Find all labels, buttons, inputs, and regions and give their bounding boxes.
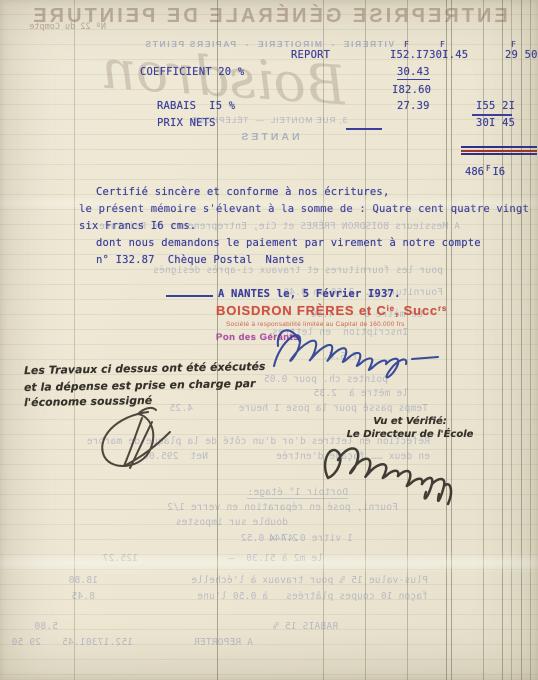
currency-mark: F bbox=[404, 40, 409, 49]
coefficient-value: 30.43 bbox=[397, 66, 430, 80]
certification-line: six Francs I6 cms. bbox=[79, 220, 196, 232]
currency-mark: F bbox=[511, 40, 516, 49]
prix-nets-label: PRIX NETS bbox=[157, 117, 216, 129]
execution-stamp-line: et la dépense est prise en charge par bbox=[24, 377, 256, 394]
bleed-text-line: 2.444 bbox=[268, 533, 298, 544]
bleed-text-line: le m2 à 51.30 — bbox=[228, 553, 323, 564]
verification-stamp-line2: Le Directeur de l'École bbox=[330, 429, 490, 440]
ledger-column-line bbox=[451, 0, 452, 680]
firm-name-stamp: BOISDRON FRÈRES et Cie, Succrs bbox=[216, 303, 447, 318]
place-date-line: A NANTES le, 5 Février I937. bbox=[218, 288, 401, 300]
bleed-address-line: 3, RUE MONTEIL — TÉLÉPHONE bbox=[0, 116, 538, 125]
bleed-text-line: pointes ch. pour 0.05 bbox=[264, 374, 388, 385]
firm-name-sup: ie bbox=[387, 304, 395, 313]
report-label: REPORT bbox=[291, 49, 330, 61]
bleed-city: NANTES bbox=[0, 131, 538, 143]
gerants-stamp: Pon des Gérants bbox=[216, 332, 299, 343]
bleed-text-line: RABAIS 15 % bbox=[273, 621, 338, 632]
scanned-invoice-page: ENTREPRISE GÉNÉRALE DE PEINTURE VITRERIE… bbox=[0, 0, 538, 680]
coefficient-label: COEFFICIENT 20 % bbox=[140, 66, 244, 78]
bleed-text-line: en deux …… façade d'entrée bbox=[276, 451, 430, 462]
paper-crease bbox=[0, 552, 538, 574]
execution-stamp-line: Les Travaux ci dessus ont été éxécutés bbox=[24, 360, 266, 377]
total-double-rule bbox=[461, 146, 537, 155]
bleed-text-line: 4.25 bbox=[169, 403, 193, 414]
bleed-text-line: Dortoir 1° étage: bbox=[247, 487, 348, 499]
bleed-text-line: 29 50 bbox=[11, 637, 41, 648]
econome-signature bbox=[86, 398, 191, 478]
firm-name-main: BOISDRON FRÈRES et C bbox=[216, 303, 387, 318]
directeur-signature bbox=[312, 434, 477, 506]
ledger-column-line bbox=[530, 0, 531, 680]
report-amounts: I52.I730I.45 bbox=[390, 49, 468, 61]
ledger-column-line bbox=[365, 0, 366, 680]
bleed-text-line: double sur impostes bbox=[176, 517, 288, 528]
ledger-column-line bbox=[446, 0, 447, 680]
bleed-text-line: Temps passé pour la pose 1 heure bbox=[239, 403, 428, 414]
verification-stamp-line1: Vu et Vérifié: bbox=[350, 416, 470, 427]
report-amount-right: 29 50 bbox=[505, 49, 538, 61]
grand-total-centimes: I6 bbox=[492, 166, 505, 178]
certification-line: Certifié sincère et conforme à nos écrit… bbox=[96, 186, 389, 198]
rabais-total-underline bbox=[472, 114, 512, 116]
execution-stamp-line: l'économe soussigné bbox=[24, 394, 153, 409]
bleed-text-line: 152.17301.45 bbox=[62, 637, 133, 648]
bleed-text-line: pour les fournitures et travaux ci-après… bbox=[153, 265, 443, 276]
bleed-letterhead-title: ENTREPRISE GÉNÉRALE DE PEINTURE bbox=[0, 5, 538, 28]
bleed-letterhead-subtitle: VITRERIE - MIROITERIE - PAPIERS PEINTS bbox=[0, 39, 538, 49]
bleed-account-number: Nº 22 du Compte bbox=[29, 22, 106, 32]
date-leader-dash bbox=[166, 295, 213, 297]
bleed-text-line: façon 10 coupes plâtrées à 0.50 l'une bbox=[197, 591, 428, 602]
bleed-text-line: T.S.F. bbox=[322, 351, 358, 362]
prix-nets-total: 30I 45 bbox=[476, 117, 515, 129]
grand-total: 486FI6 bbox=[465, 164, 505, 178]
currency-mark: F bbox=[440, 40, 445, 49]
rabais-label: RABAIS I5 % bbox=[157, 100, 235, 112]
certification-line: n° I32.87 Chèque Postal Nantes bbox=[96, 254, 305, 266]
bleed-text-line: 18.80 bbox=[68, 575, 98, 586]
bleed-text-line: 1 vitre 0.47 x 0.52 bbox=[241, 533, 353, 544]
ledger-column-line bbox=[323, 0, 324, 680]
bleed-text-line: 125.27 bbox=[102, 553, 138, 564]
bleed-text-line: A REPORTER bbox=[194, 637, 253, 648]
rabais-value: 27.39 bbox=[397, 100, 430, 112]
nil-dash bbox=[346, 128, 382, 130]
ledger-column-line bbox=[74, 0, 75, 680]
grand-total-francs: 486 bbox=[465, 166, 484, 178]
firm-name-sup: rs bbox=[438, 304, 447, 313]
subtotal-value: I82.60 bbox=[392, 84, 431, 96]
firm-subline-stamp: Société à responsabilité limitée au Capi… bbox=[226, 321, 405, 328]
rabais-total: I55 2I bbox=[476, 100, 515, 112]
certification-line: dont nous demandons le paiement par vire… bbox=[96, 237, 481, 249]
bleed-text-line: Net 295.00 bbox=[143, 451, 208, 462]
bleed-text-line: le mètre à 2.35 bbox=[313, 388, 408, 399]
firm-name-mid: , Succ bbox=[395, 303, 438, 318]
ledger-column-line bbox=[521, 0, 522, 680]
bleed-text-line: 5.80 bbox=[34, 621, 58, 632]
bleed-text-line: Fourni, posé en réparation en verre 1/2 bbox=[167, 502, 398, 513]
bleed-text-line: Plus-value 15 % pour travaux à l'échelle bbox=[191, 575, 428, 586]
bleed-text-line: 8.45 bbox=[71, 591, 95, 602]
certification-line: le présent mémoire s'élevant à la somme … bbox=[79, 203, 529, 215]
